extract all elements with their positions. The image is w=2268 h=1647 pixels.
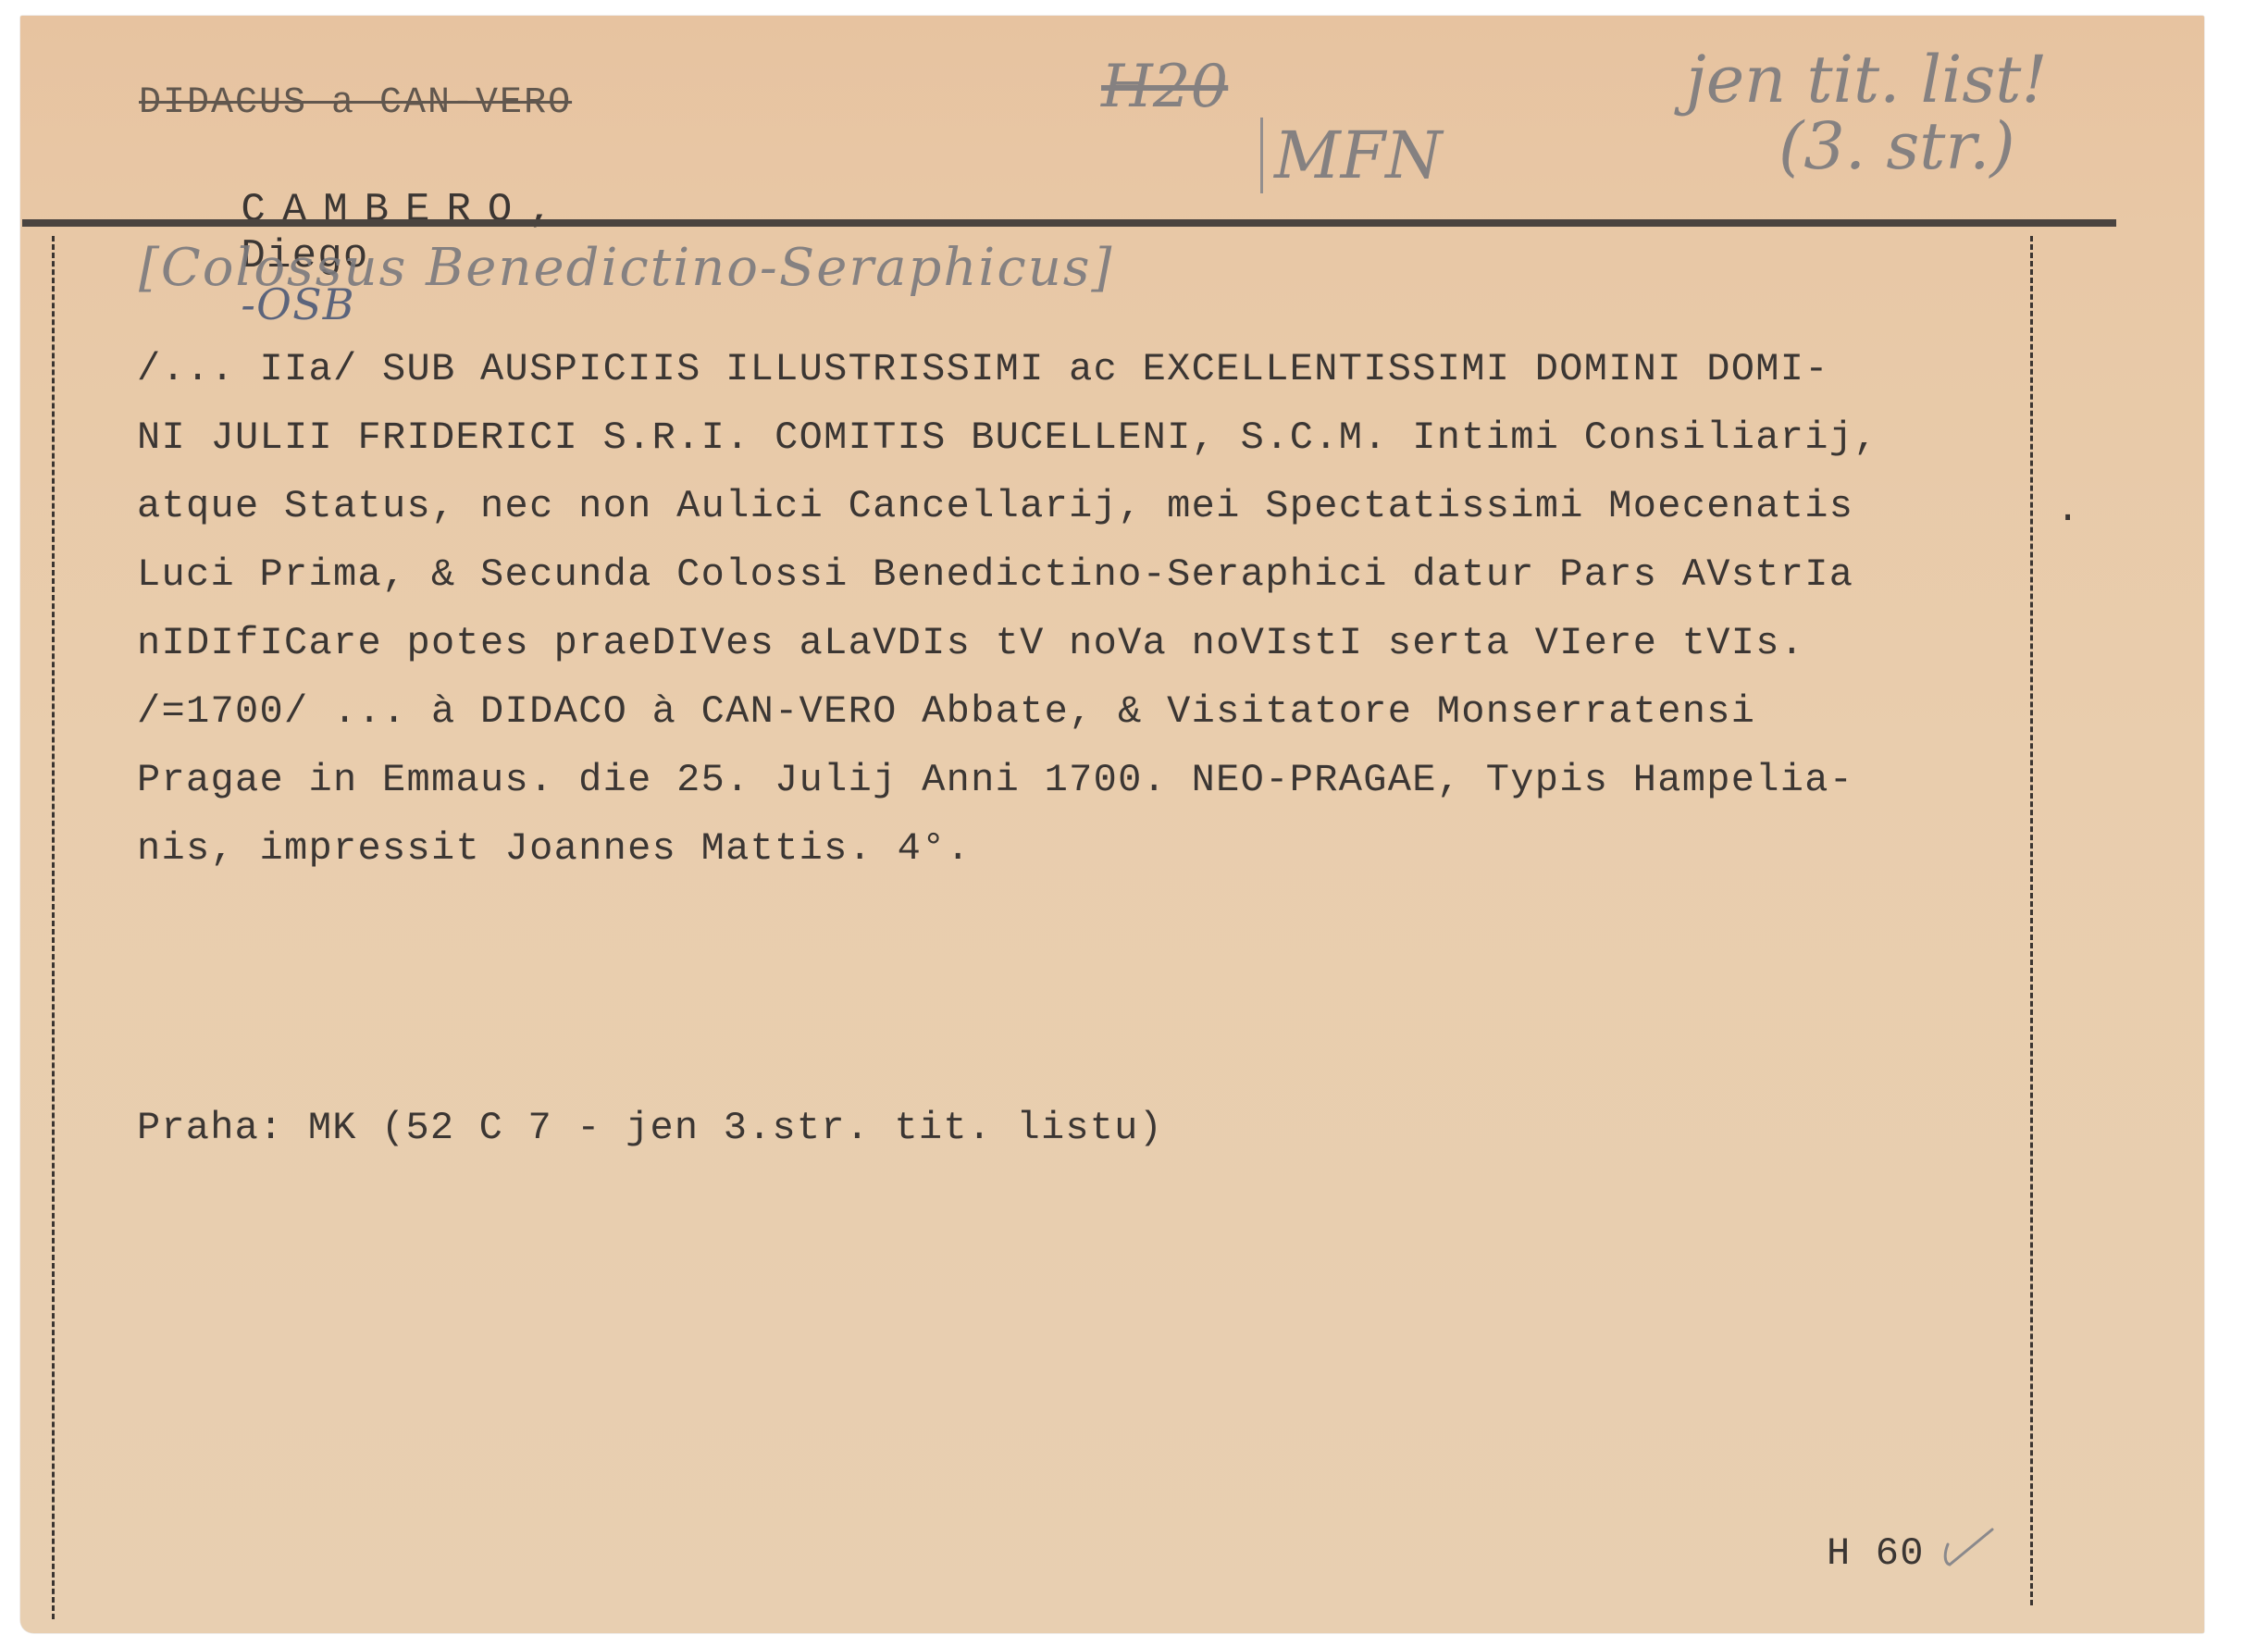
body-line: /... IIa/ SUB AUSPICIIS ILLUSTRISSIMI ac… <box>137 335 1878 403</box>
body-line: /=1700/ ... à DIDACO à CAN-VERO Abbate, … <box>137 677 1878 746</box>
shelfmark: H 60 <box>1827 1531 1925 1576</box>
struck-heading: DIDACUS a CAN-VERO <box>139 82 572 124</box>
title-transcription: /... IIa/ SUB AUSPICIIS ILLUSTRISSIMI ac… <box>137 335 1878 883</box>
pencil-note-title-page: jen tit. list! <box>1686 42 2048 118</box>
holdings-note: Praha: MK (52 C 7 - jen 3.str. tit. list… <box>137 1106 1163 1150</box>
left-margin-line <box>52 236 55 1619</box>
body-line: atque Status, nec non Aulici Cancellarij… <box>137 472 1878 540</box>
check-mark-icon <box>1940 1524 1996 1570</box>
body-line: Pragae in Emmaus. die 25. Julij Anni 170… <box>137 746 1878 814</box>
pencil-note-page: (3. str.) <box>1778 108 2015 184</box>
body-line: nIDIfICare potes praeDIVes aLaVDIs tV no… <box>137 609 1878 677</box>
body-line: NI JULII FRIDERICI S.R.I. COMITIS BUCELL… <box>137 403 1878 472</box>
header-rule <box>22 219 2116 227</box>
margin-dot: . <box>2056 488 2079 532</box>
right-margin-line <box>2030 236 2033 1605</box>
body-line: nis, impressit Joannes Mattis. 4°. <box>137 814 1878 883</box>
mfn-mark: MFN <box>1260 118 1443 193</box>
catalog-card: DIDACUS a CAN-VERO CAMBERO, Diego -OSB H… <box>20 16 2204 1633</box>
supplied-title: [Colossus Benedictino-Seraphicus] <box>139 238 1113 298</box>
body-line: Luci Prima, & Secunda Colossi Benedictin… <box>137 540 1878 609</box>
old-signature: H20 <box>1101 53 1228 121</box>
